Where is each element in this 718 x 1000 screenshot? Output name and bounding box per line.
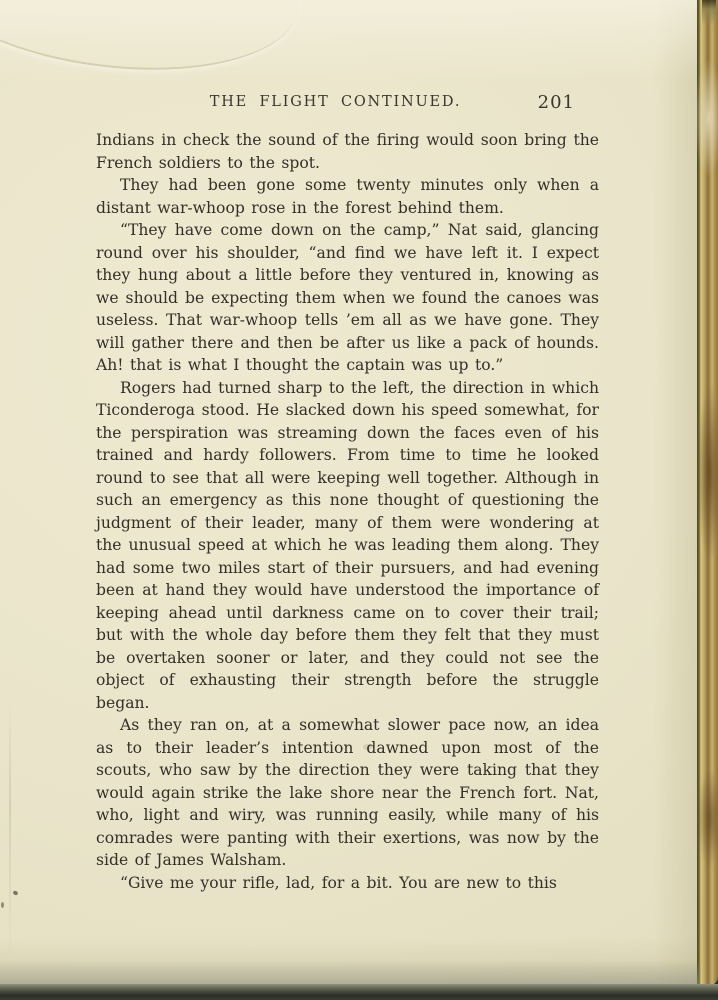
book-page-scan: THE FLIGHT CONTINUED. 201 Indians in che… bbox=[0, 0, 718, 1000]
paper-crease-left-edge bbox=[9, 700, 11, 960]
paper-crease-top-left bbox=[0, 0, 308, 90]
running-header: THE FLIGHT CONTINUED. 201 bbox=[96, 92, 599, 114]
paragraph-continuation: Indians in check the sound of the firing… bbox=[96, 129, 599, 174]
ink-speck bbox=[12, 890, 18, 896]
paragraph: As they ran on, at a somewhat slower pac… bbox=[96, 714, 599, 872]
paragraph: Rogers had turned sharp to the left, the… bbox=[96, 377, 599, 715]
fore-edge-head-mark bbox=[702, 0, 716, 26]
page-surface: THE FLIGHT CONTINUED. 201 Indians in che… bbox=[0, 0, 699, 992]
book-bottom-edge bbox=[0, 984, 718, 1000]
paragraph-dialogue-partial: “Give me your rifle, lad, for a bit. You… bbox=[96, 872, 599, 895]
book-fore-edge bbox=[697, 0, 718, 986]
paragraph-dialogue: “They have come down on the camp,” Nat s… bbox=[96, 219, 599, 377]
page-number: 201 bbox=[538, 92, 575, 113]
printed-content: THE FLIGHT CONTINUED. 201 Indians in che… bbox=[96, 92, 599, 894]
ink-speck bbox=[1, 902, 4, 908]
body-text: Indians in check the sound of the firing… bbox=[96, 129, 599, 894]
running-title: THE FLIGHT CONTINUED. bbox=[84, 94, 587, 110]
paragraph: They had been gone some twenty minutes o… bbox=[96, 174, 599, 219]
page-bottom-shadow bbox=[0, 960, 699, 986]
